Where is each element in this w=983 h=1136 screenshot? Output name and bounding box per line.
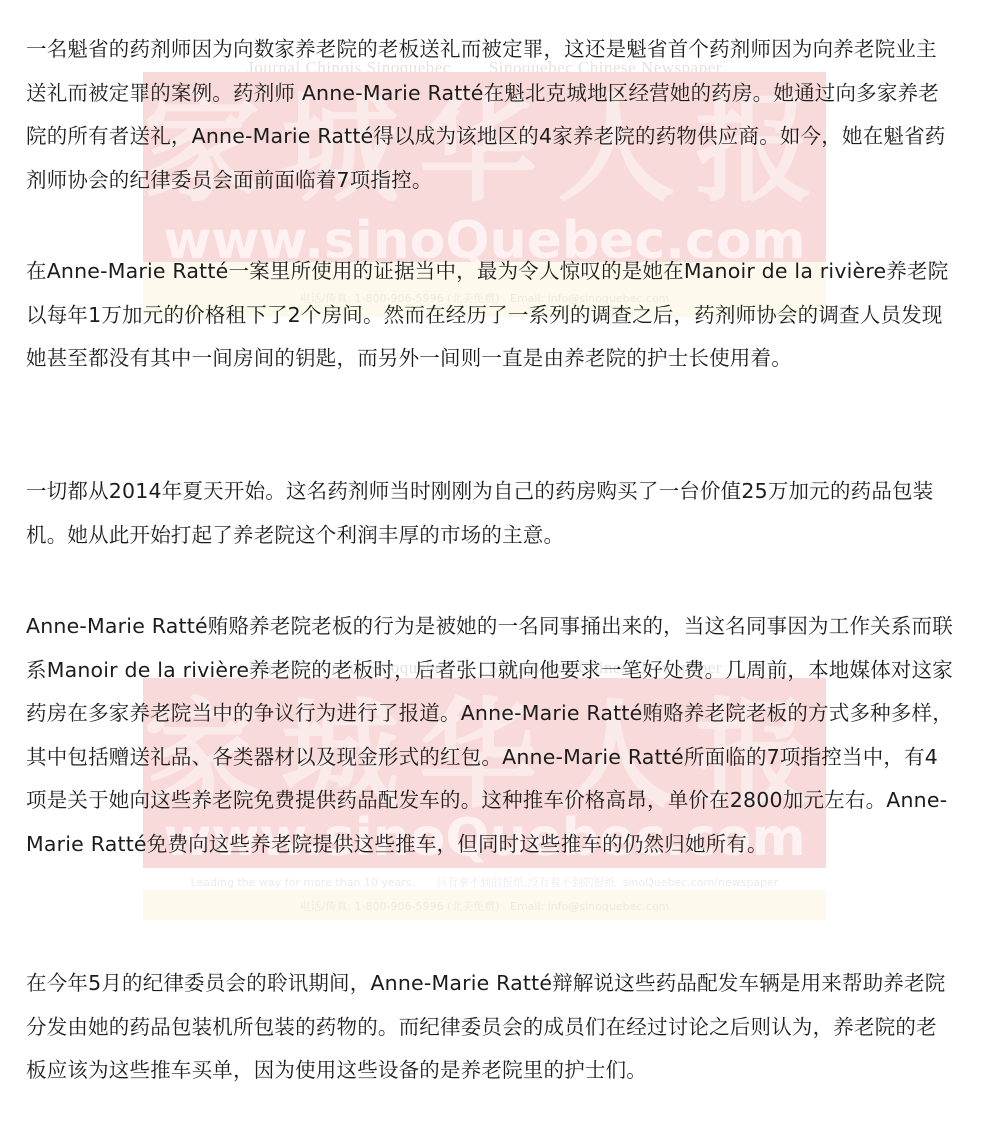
watermark-contact: 电话/传真: 1-800-906-5996 (北美免费) Email: info… <box>143 898 826 914</box>
article-paragraph-5: 在今年5月的纪律委员会的聆讯期间，Anne-Marie Ratté辩解说这些药品… <box>26 962 956 1093</box>
article-paragraph-4: Anne-Marie Ratté贿赂养老院老板的行为是被她的一名同事捅出来的，当… <box>26 605 956 866</box>
article-paragraph-1: 一名魁省的药剂师因为向数家养老院的老板送礼而被定罪，这还是魁省首个药剂师因为向养… <box>26 28 956 202</box>
article-paragraph-2: 在Anne-Marie Ratté一案里所使用的证据当中，最为令人惊叹的是她在M… <box>26 250 956 381</box>
watermark-cream-band <box>143 890 826 920</box>
watermark-tagline: Leading the way for more than 10 years. … <box>143 874 826 890</box>
article-paragraph-3: 一切都从2014年夏天开始。这名药剂师当时刚刚为自己的药房购买了一台价值25万加… <box>26 470 956 557</box>
